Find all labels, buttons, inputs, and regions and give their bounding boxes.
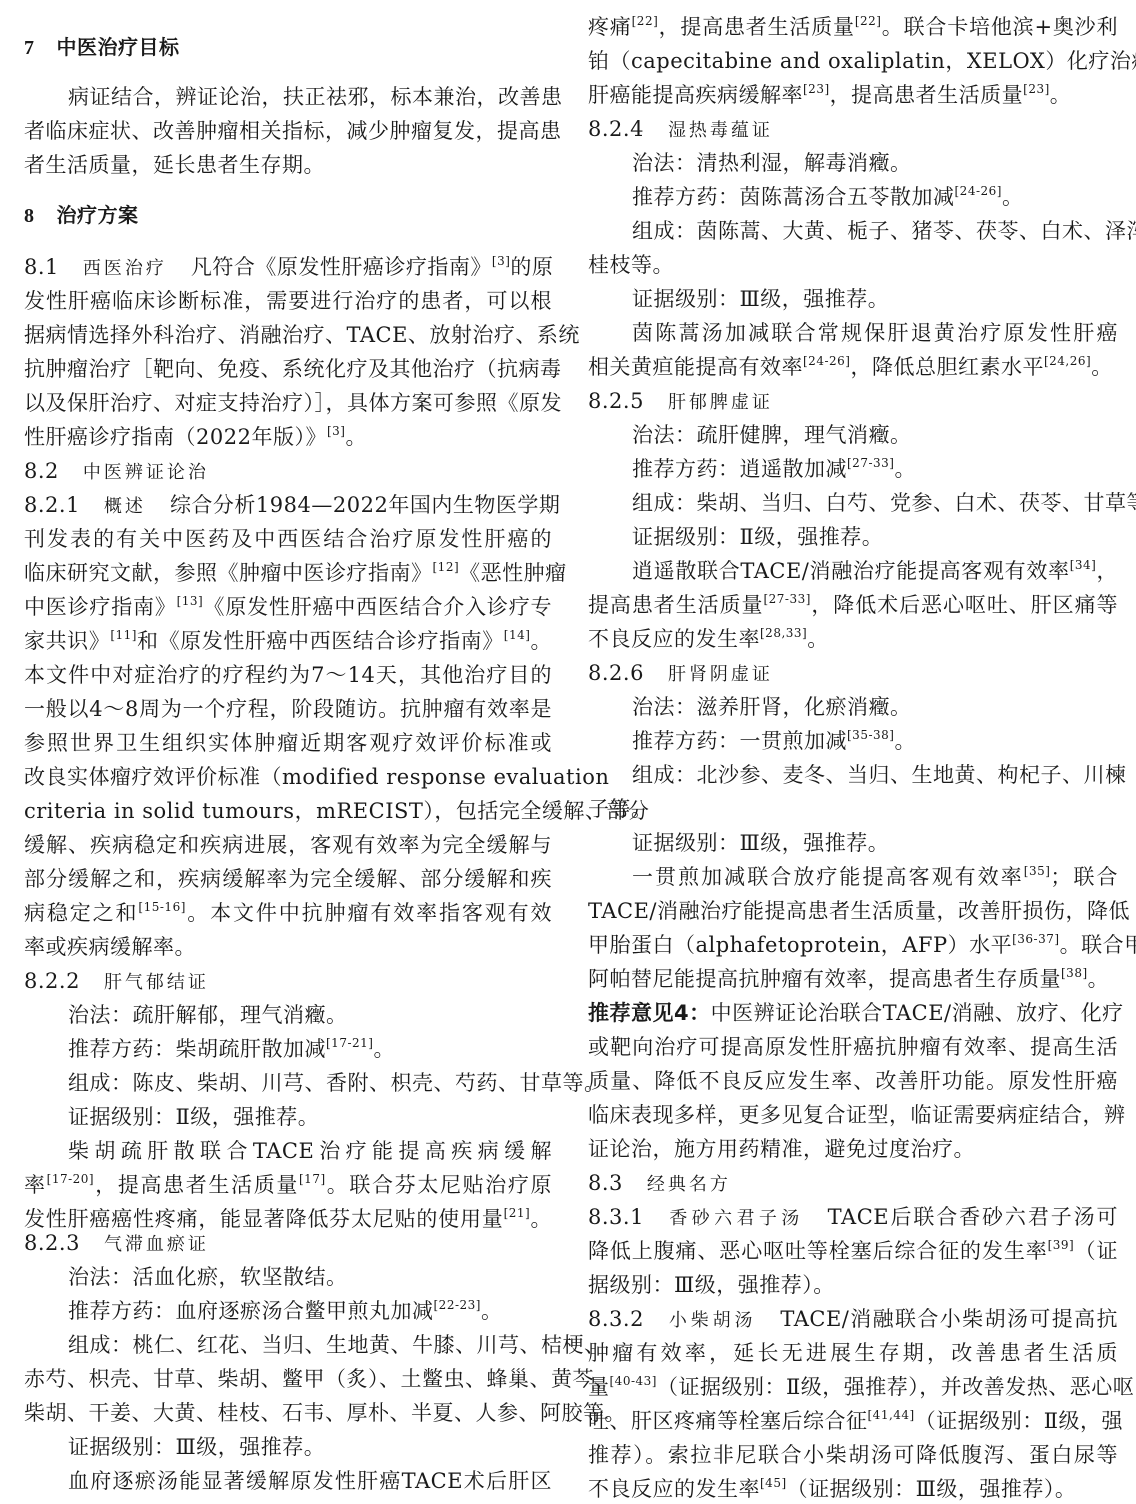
citation-ref: [45] (760, 1476, 787, 1490)
paragraph-line: 以及保肝治疗、对症支持治疗）］，具体方案可参照《原发 (24, 386, 552, 420)
composition: 组成：陈皮、柴胡、川芎、香附、枳壳、芍药、甘草等。 (24, 1066, 606, 1100)
paragraph-line: 据级别：Ⅲ级，强推荐）。 (588, 1268, 835, 1302)
paragraph-line: 临床研究文献，参照《肿瘤中医诊疗指南》[12]《恶性肿瘤 (24, 556, 552, 590)
citation-ref: [40-43] (610, 1374, 657, 1388)
paragraph-line: 率或疾病缓解率。 (24, 930, 196, 964)
citation-ref: [22] (632, 14, 659, 28)
paragraph-line: 降低上腹痛、恶心呕吐等栓塞后综合征的发生率[39]（证 (588, 1234, 1118, 1268)
paragraph-line: 阿帕替尼能提高抗肿瘤有效率，提高患者生存质量[38]。 (588, 962, 1109, 996)
paragraph-line: 率[17-20]，提高患者生活质量[17]。联合芬太尼贴治疗原 (24, 1168, 552, 1202)
paragraph-line: 病证结合，辨证论治，扶正祛邪，标本兼治，改善患 (24, 80, 552, 114)
paragraph-line: 病稳定之和[15-16]。本文件中抗肿瘤有效率指客观有效 (24, 896, 552, 930)
treatment-method: 治法：疏肝健脾，理气消癥。 (588, 418, 912, 452)
paragraph-line: 桂枝等。 (588, 248, 674, 282)
evidence-level: 证据级别：Ⅲ级，强推荐。 (24, 1430, 325, 1464)
subsection-8-2: 8.2中医辨证论治 (24, 454, 209, 488)
paragraph-line: 参照世界卫生组织实体肿瘤近期客观疗效评价标准或 (24, 726, 552, 760)
paragraph-line: 提高患者生活质量[27-33]，降低术后恶心呕吐、肝区痛等 (588, 588, 1118, 622)
paragraph-line: 甲胎蛋白（alphafetoprotein，AFP）水平[36-37]。联合甲磺… (588, 928, 1118, 962)
paragraph-line: 发性肝癌临床诊断标准，需要进行治疗的患者，可以根 (24, 284, 552, 318)
paragraph-line: 一贯煎加减联合放疗能提高客观有效率[35]；联合 (588, 860, 1118, 894)
paragraph-line: 家共识》[11]和《原发性肝癌中西医结合诊疗指南》[14]。 (24, 624, 552, 658)
section-8-heading: 8治疗方案 (24, 198, 139, 232)
paragraph-line: 改良实体瘤疗效评价标准（modified response evaluation (24, 760, 552, 794)
citation-ref: [39] (1048, 1238, 1075, 1252)
composition: 组成：北沙参、麦冬、当归、生地黄、枸杞子、川楝 (588, 758, 1118, 792)
citation-ref: [11] (110, 628, 137, 642)
composition: 组成：桃仁、红花、当归、生地黄、牛膝、川芎、桔梗、 (24, 1328, 552, 1362)
citation-ref: [23] (1023, 82, 1050, 96)
paragraph-line: 铂（capecitabine and oxaliplatin，XELOX）化疗治… (588, 44, 1118, 78)
subsection-8-3: 8.3经典名方 (588, 1166, 731, 1200)
citation-ref: [13] (177, 594, 204, 608)
recommended-formula: 推荐方药：一贯煎加减[35-38]。 (588, 724, 916, 758)
paragraph-line: 者临床症状、改善肿瘤相关指标，减少肿瘤复发，提高患 (24, 114, 552, 148)
paragraph-line: 据病情选择外科治疗、消融治疗、TACE、放射治疗、系统 (24, 318, 552, 352)
citation-ref: [35-38] (847, 728, 894, 742)
recommended-formula: 推荐方药：柴胡疏肝散加减[17-21]。 (24, 1032, 395, 1066)
paragraph-line: 吐、肝区疼痛等栓塞后综合征[41,44]（证据级别：Ⅱ级，强 (588, 1404, 1118, 1438)
subsection-8-1: 8.1西医治疗凡符合《原发性肝癌诊疗指南》[3]的原 (24, 250, 552, 284)
evidence-level: 证据级别：Ⅱ级，强推荐。 (24, 1100, 319, 1134)
paragraph-line: 不良反应的发生率[45]（证据级别：Ⅲ级，强推荐）。 (588, 1472, 1076, 1504)
subsection-8-3-2: 8.3.2小柴胡汤TACE/消融联合小柴胡汤可提高抗 (588, 1302, 1118, 1336)
citation-ref: [22] (855, 14, 882, 28)
recommended-formula: 推荐方药：茵陈蒿汤合五苓散加减[24-26]。 (588, 180, 1023, 214)
treatment-method: 治法：滋养肝肾，化瘀消癥。 (588, 690, 912, 724)
citation-ref: [22-23] (434, 1298, 481, 1312)
paragraph-line: 赤芍、枳壳、甘草、柴胡、鳖甲（炙）、土鳖虫、蜂巢、黄芩、 (24, 1362, 552, 1396)
paragraph-line: 子等。 (588, 792, 653, 826)
citation-ref: [21] (504, 1206, 531, 1220)
subsection-8-2-2: 8.2.2肝气郁结证 (24, 964, 209, 998)
citation-ref: [15-16] (138, 900, 185, 914)
treatment-method: 治法：清热利湿，解毒消癥。 (588, 146, 912, 180)
citation-ref: [17-21] (326, 1036, 373, 1050)
citation-ref: [36-37] (1012, 932, 1059, 946)
paragraph-line: 肿瘤有效率，延长无进展生存期，改善患者生活质 (588, 1336, 1118, 1370)
paragraph-line: TACE/消融治疗能提高患者生活质量，改善肝损伤，降低 (588, 894, 1118, 928)
paragraph-line: 部分缓解之和，疾病缓解率为完全缓解、部分缓解和疾 (24, 862, 552, 896)
paragraph-line: 刊发表的有关中医药及中西医结合治疗原发性肝癌的 (24, 522, 552, 556)
paragraph-line: 茵陈蒿汤加减联合常规保肝退黄治疗原发性肝癌 (588, 316, 1118, 350)
citation-ref: [12] (433, 560, 460, 574)
paragraph-line: 性肝癌诊疗指南（2022年版）》[3]。 (24, 420, 367, 454)
paragraph-line: 者生活质量，延长患者生存期。 (24, 148, 325, 182)
citation-ref: [17-20] (47, 1172, 94, 1186)
section-7-heading: 7中医治疗目标 (24, 30, 180, 64)
citation-ref: [23] (803, 82, 830, 96)
evidence-level: 证据级别：Ⅱ级，强推荐。 (588, 520, 883, 554)
paragraph-line: 量[40-43]（证据级别：Ⅱ级，强推荐），并改善发热、恶心呕 (588, 1370, 1118, 1404)
paragraph-line: 临床表现多样，更多见复合证型，临证需要病症结合，辨 (588, 1098, 1118, 1132)
subsection-8-2-4: 8.2.4湿热毒蕴证 (588, 112, 773, 146)
citation-ref: [14] (504, 628, 531, 642)
paragraph-line: 中医诊疗指南》[13]《原发性肝癌中西医结合介入诊疗专 (24, 590, 552, 624)
citation-ref: [3] (492, 254, 511, 268)
paragraph-line: 抗肿瘤治疗［靶向、免疫、系统化疗及其他治疗（抗病毒 (24, 352, 552, 386)
paragraph-line: 柴胡、干姜、大黄、桂枝、石韦、厚朴、半夏、人参、阿胶等。 (24, 1396, 552, 1430)
recommendation-label: 推荐意见4： (588, 1001, 711, 1025)
citation-ref: [35] (1024, 864, 1051, 878)
evidence-level: 证据级别：Ⅲ级，强推荐。 (588, 826, 889, 860)
paragraph-line: criteria in solid tumours，mRECIST），包括完全缓… (24, 794, 552, 828)
paragraph-line: 血府逐瘀汤能显著缓解原发性肝癌TACE术后肝区 (24, 1464, 552, 1498)
subsection-8-3-1: 8.3.1香砂六君子汤TACE后联合香砂六君子汤可 (588, 1200, 1118, 1234)
citation-ref: [24-26] (803, 354, 850, 368)
paragraph-line: 证论治，施方用药精准，避免过度治疗。 (588, 1132, 975, 1166)
paragraph-line: 或靶向治疗可提高原发性肝癌抗肿瘤有效率、提高生活 (588, 1030, 1118, 1064)
paragraph-line: 肝癌能提高疾病缓解率[23]，提高患者生活质量[23]。 (588, 78, 1071, 112)
citation-ref: [3] (327, 424, 346, 438)
subsection-8-2-1: 8.2.1概述综合分析1984—2022年国内生物医学期 (24, 488, 552, 522)
paragraph-line: 不良反应的发生率[28,33]。 (588, 622, 829, 656)
paragraph-line: 相关黄疸能提高有效率[24-26]，降低总胆红素水平[24,26]。 (588, 350, 1113, 384)
subsection-8-2-3: 8.2.3气滞血瘀证 (24, 1226, 209, 1260)
citation-ref: [28,33] (760, 626, 807, 640)
paragraph-line: 推荐）。索拉非尼联合小柴胡汤可降低腹泻、蛋白尿等 (588, 1438, 1118, 1472)
citation-ref: [24-26] (955, 184, 1002, 198)
paragraph-line: 一般以4～8周为一个疗程，阶段随访。抗肿瘤有效率是 (24, 692, 552, 726)
paragraph-line: 缓解、疾病稳定和疾病进展，客观有效率为完全缓解与 (24, 828, 552, 862)
paragraph-line: 质量、降低不良反应发生率、改善肝功能。原发性肝癌 (588, 1064, 1118, 1098)
citation-ref: [41,44] (868, 1408, 915, 1422)
recommended-formula: 推荐方药：血府逐瘀汤合鳖甲煎丸加减[22-23]。 (24, 1294, 502, 1328)
paragraph-line: 本文件中对症治疗的疗程约为7～14天，其他治疗目的 (24, 658, 552, 692)
citation-ref: [24,26] (1044, 354, 1091, 368)
recommended-formula: 推荐方药：逍遥散加减[27-33]。 (588, 452, 916, 486)
composition: 组成：柴胡、当归、白芍、党参、白术、茯苓、甘草等。 (588, 486, 1136, 520)
citation-ref: [27-33] (763, 592, 810, 606)
treatment-method: 治法：活血化瘀，软坚散结。 (24, 1260, 348, 1294)
subsection-8-2-6: 8.2.6肝肾阴虚证 (588, 656, 773, 690)
subsection-8-2-5: 8.2.5肝郁脾虚证 (588, 384, 773, 418)
composition: 组成：茵陈蒿、大黄、栀子、猪苓、茯苓、白术、泽泻、 (588, 214, 1118, 248)
citation-ref: [17] (299, 1172, 326, 1186)
evidence-level: 证据级别：Ⅲ级，强推荐。 (588, 282, 889, 316)
paragraph-line: 逍遥散联合TACE/消融治疗能提高客观有效率[34]， (588, 554, 1118, 588)
paragraph-line: 柴胡疏肝散联合TACE治疗能提高疾病缓解 (24, 1134, 552, 1168)
citation-ref: [34] (1070, 558, 1097, 572)
citation-ref: [38] (1061, 966, 1088, 980)
citation-ref: [27-33] (847, 456, 894, 470)
paragraph-line: 疼痛[22]，提高患者生活质量[22]。联合卡培他滨+奥沙利 (588, 10, 1118, 44)
recommendation-4: 推荐意见4：中医辨证论治联合TACE/消融、放疗、化疗 (588, 996, 1118, 1030)
treatment-method: 治法：疏肝解郁，理气消癥。 (24, 998, 348, 1032)
